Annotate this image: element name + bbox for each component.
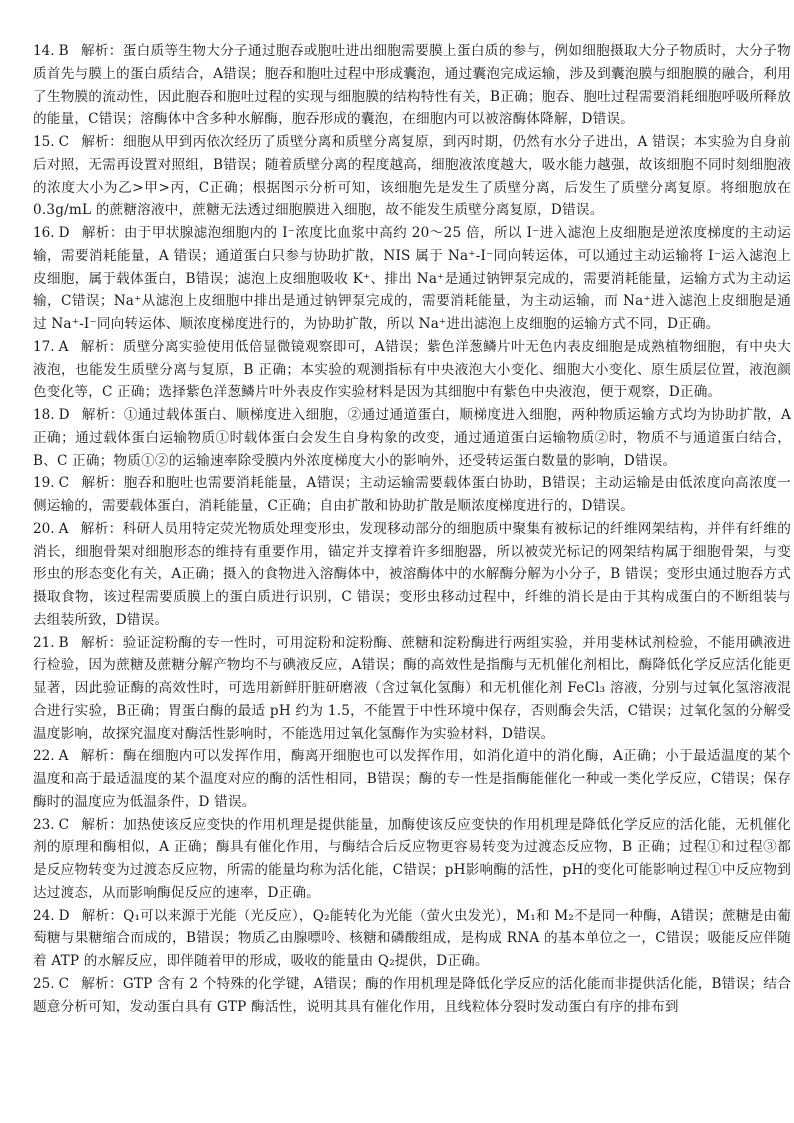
- question-number: 25.: [33, 976, 55, 992]
- explanation-text: 加热使该反应变快的作用机理是提供能量，加酶使该反应变快的作用机理是降低化学反应的…: [33, 817, 791, 901]
- question-number: 18.: [33, 407, 55, 423]
- explanation-item-21: 21.B解析：验证淀粉酶的专一性时，可用淀粉和淀粉酶、蔗糖和淀粉酶进行两组实验，…: [33, 632, 791, 746]
- explanation-text: GTP 含有 2 个特殊的化学键，A错误；酶的作用机理是降低化学反应的活化能而非…: [33, 976, 791, 1015]
- question-number: 24.: [33, 908, 55, 924]
- explanation-item-19: 19.C解析：胞吞和胞吐也需要消耗能量，A错误；主动运输需要载体蛋白协助，B错误…: [33, 472, 791, 518]
- explanation-label: 解析：: [81, 134, 123, 150]
- answer-letter: C: [59, 976, 70, 992]
- explanation-label: 解析：: [81, 976, 123, 992]
- explanation-text: Q₁可以来源于光能（光反应），Q₂能转化为光能（萤火虫发光），M₁和 M₂不是同…: [33, 908, 791, 970]
- answer-letter: D: [59, 225, 70, 241]
- answer-letter: B: [59, 635, 69, 651]
- explanation-item-23: 23.C解析：加热使该反应变快的作用机理是提供能量，加酶使该反应变快的作用机理是…: [33, 814, 791, 905]
- explanation-label: 解析：: [81, 521, 123, 537]
- explanation-text: 科研人员用特定荧光物质处理变形虫，发现移动部分的细胞质中聚集有被标记的纤维网架结…: [33, 521, 791, 628]
- question-number: 16.: [33, 225, 55, 241]
- answer-letter: A: [59, 339, 69, 355]
- question-number: 14.: [33, 43, 55, 59]
- explanation-text: ①通过载体蛋白、顺梯度进入细胞，②通过通道蛋白，顺梯度进入细胞，两种物质运输方式…: [33, 407, 791, 469]
- explanation-item-15: 15.C解析：细胞从甲到丙依次经历了质壁分离和质壁分离复原，到丙时期，仍然有水分…: [33, 131, 791, 222]
- explanation-label: 解析：: [81, 475, 123, 491]
- explanation-label: 解析：: [81, 43, 123, 59]
- answer-letter: D: [59, 407, 70, 423]
- answer-explanation-page: 14.B解析：蛋白质等生物大分子通过胞吞或胞吐进出细胞需要膜上蛋白质的参与，例如…: [33, 40, 791, 1018]
- answer-letter: D: [59, 908, 70, 924]
- explanation-label: 解析：: [81, 339, 123, 355]
- question-number: 17.: [33, 339, 55, 355]
- question-number: 21.: [33, 635, 55, 651]
- explanation-label: 解析：: [82, 225, 124, 241]
- explanation-text: 质壁分离实验使用低倍显微镜观察即可，A错误；紫色洋葱鳞片叶无色内表皮细胞是成熟植…: [33, 339, 791, 401]
- question-number: 15.: [33, 134, 55, 150]
- question-number: 19.: [33, 475, 55, 491]
- question-number: 22.: [33, 748, 55, 764]
- explanation-item-20: 20.A解析：科研人员用特定荧光物质处理变形虫，发现移动部分的细胞质中聚集有被标…: [33, 518, 791, 632]
- answer-letter: A: [59, 521, 69, 537]
- question-number: 23.: [33, 817, 55, 833]
- explanation-item-18: 18.D解析：①通过载体蛋白、顺梯度进入细胞，②通过通道蛋白，顺梯度进入细胞，两…: [33, 404, 791, 472]
- explanation-text: 细胞从甲到丙依次经历了质壁分离和质壁分离复原，到丙时期，仍然有水分子进出，A 错…: [33, 134, 791, 218]
- explanation-text: 胞吞和胞吐也需要消耗能量，A错误；主动运输需要载体蛋白协助，B错误；主动运输是由…: [33, 475, 791, 514]
- explanation-item-22: 22.A解析：酶在细胞内可以发挥作用，酶离开细胞也可以发挥作用，如消化道中的消化…: [33, 745, 791, 813]
- answer-letter: C: [59, 134, 70, 150]
- answer-letter: C: [59, 817, 70, 833]
- question-number: 20.: [33, 521, 55, 537]
- explanation-label: 解析：: [81, 748, 123, 764]
- answer-letter: B: [59, 43, 69, 59]
- explanation-text: 由于甲状腺滤泡细胞内的 I⁻浓度比血浆中高约 20～25 倍，所以 I⁻进入滤泡…: [33, 225, 791, 332]
- explanation-text: 蛋白质等生物大分子通过胞吞或胞吐进出细胞需要膜上蛋白质的参与，例如细胞摄取大分子…: [33, 43, 791, 127]
- explanation-item-25: 25.C解析：GTP 含有 2 个特殊的化学键，A错误；酶的作用机理是降低化学反…: [33, 973, 791, 1019]
- explanation-item-16: 16.D解析：由于甲状腺滤泡细胞内的 I⁻浓度比血浆中高约 20～25 倍，所以…: [33, 222, 791, 336]
- explanation-label: 解析：: [81, 817, 123, 833]
- explanation-text: 验证淀粉酶的专一性时，可用淀粉和淀粉酶、蔗糖和淀粉酶进行两组实验，并用斐林试剂检…: [33, 635, 791, 742]
- explanation-text: 酶在细胞内可以发挥作用，酶离开细胞也可以发挥作用，如消化道中的消化酶，A正确；小…: [33, 748, 791, 810]
- answer-letter: C: [59, 475, 70, 491]
- explanation-item-14: 14.B解析：蛋白质等生物大分子通过胞吞或胞吐进出细胞需要膜上蛋白质的参与，例如…: [33, 40, 791, 131]
- explanation-label: 解析：: [82, 407, 124, 423]
- explanation-label: 解析：: [81, 635, 123, 651]
- explanation-label: 解析：: [82, 908, 123, 924]
- explanation-item-24: 24.D解析：Q₁可以来源于光能（光反应），Q₂能转化为光能（萤火虫发光），M₁…: [33, 905, 791, 973]
- explanation-item-17: 17.A解析：质壁分离实验使用低倍显微镜观察即可，A错误；紫色洋葱鳞片叶无色内表…: [33, 336, 791, 404]
- answer-letter: A: [59, 748, 69, 764]
